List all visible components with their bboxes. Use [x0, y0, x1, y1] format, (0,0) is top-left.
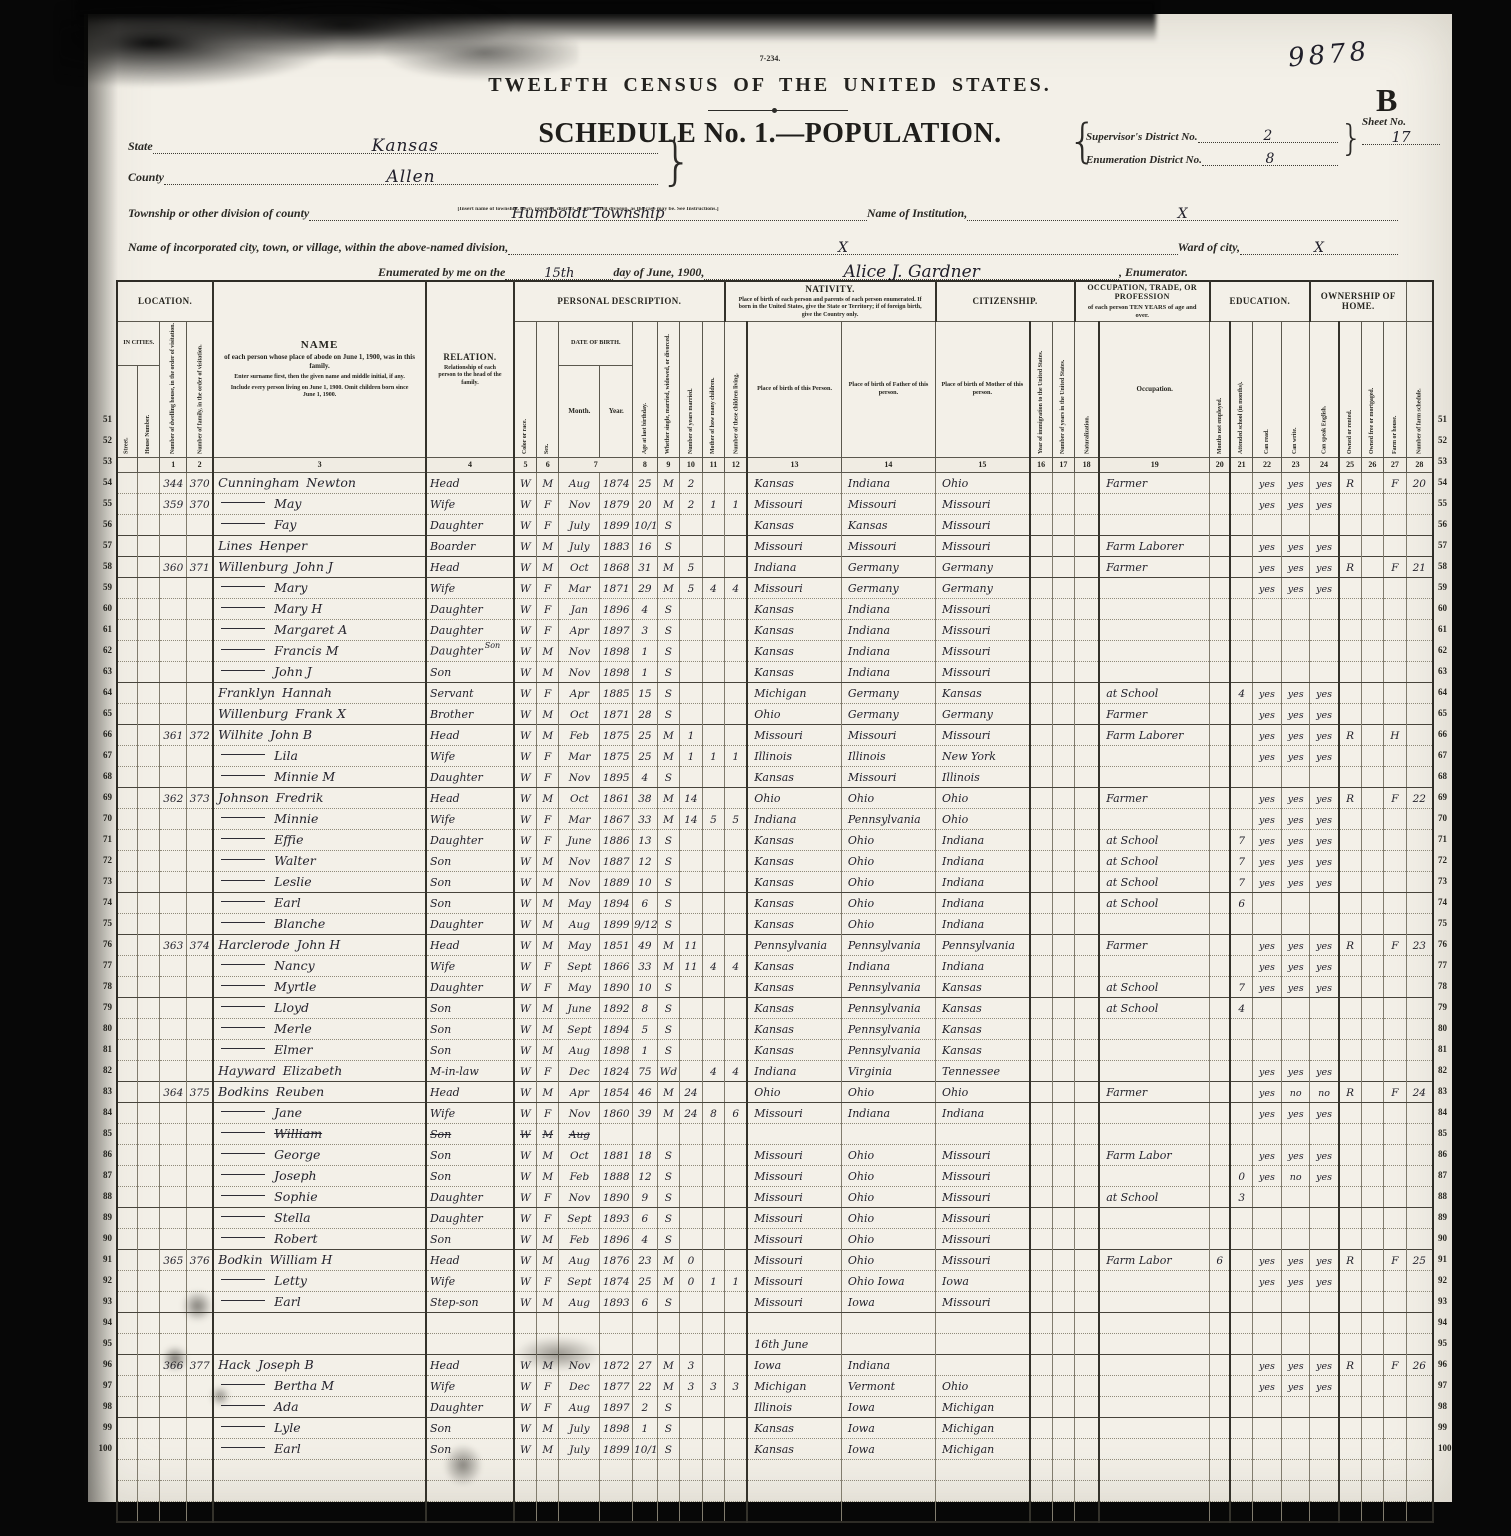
attended-school-months: [1230, 1438, 1253, 1459]
marital-status: M: [657, 493, 680, 514]
birth-year: 1879: [600, 493, 633, 514]
ditto-dash: [221, 1132, 265, 1133]
census-row-71: EarlSonWMMay18946SKansasOhioIndianaat Sc…: [117, 892, 1433, 913]
birthplace-father: Pennsylvania: [841, 1039, 935, 1060]
owned-free-or-mortgaged: [1361, 703, 1384, 724]
dwelling-number: [160, 514, 187, 535]
naturalization: [1075, 703, 1100, 724]
birthplace-mother: Michigan: [936, 1417, 1030, 1438]
street: [117, 1144, 137, 1165]
colnum-15: 15: [936, 457, 1030, 472]
person-name: Francis M: [213, 640, 426, 661]
birth-year: 1885: [600, 682, 633, 703]
family-number: [187, 1228, 214, 1249]
naturalization: [1075, 514, 1100, 535]
can-write: yes: [1281, 724, 1310, 745]
months-not-employed: [1210, 1375, 1230, 1396]
sex: M: [536, 1249, 559, 1270]
sex: [536, 1312, 559, 1333]
children-living: [725, 556, 748, 577]
marital-status: S: [657, 1018, 680, 1039]
can-speak-english: [1310, 1312, 1339, 1333]
attended-school-months: [1230, 1270, 1253, 1291]
owned-or-rented: [1339, 1165, 1362, 1186]
immigration-year: [1030, 808, 1053, 829]
dwelling-number: 366: [160, 1354, 187, 1375]
immigration-year: [1030, 1081, 1053, 1102]
birth-year: 1895: [600, 766, 633, 787]
birthplace-mother: Illinois: [936, 766, 1030, 787]
occupation-desc: of each person TEN YEARS of age and over…: [1076, 301, 1209, 320]
dwelling-number: [160, 1102, 187, 1123]
children-living: [725, 619, 748, 640]
occupation-title: OCCUPATION, TRADE, OR PROFESSION: [1076, 283, 1209, 301]
line-number: 75: [1438, 913, 1458, 934]
attended-school-months: [1230, 808, 1253, 829]
attended-school-months: 7: [1230, 829, 1253, 850]
sex: F: [536, 1060, 559, 1081]
immigration-year: [1030, 493, 1053, 514]
birthplace-father: Kansas: [841, 514, 935, 535]
form-code: 7-234.: [88, 54, 1452, 63]
years-married: 3: [680, 1354, 703, 1375]
months-not-employed: [1210, 976, 1230, 997]
line-number: 88: [92, 1186, 112, 1207]
street: [117, 1459, 137, 1480]
street: [117, 745, 137, 766]
color-race: W: [514, 1102, 537, 1123]
family-number: [187, 1102, 214, 1123]
owned-free-or-mortgaged: [1361, 913, 1384, 934]
relation-to-head: Son: [426, 1144, 514, 1165]
birth-month: Mar: [559, 577, 600, 598]
years-married: [680, 1438, 703, 1459]
can-write: [1281, 1459, 1310, 1480]
can-speak-english: no: [1310, 1081, 1339, 1102]
can-write: [1281, 1186, 1310, 1207]
attended-school-months: [1230, 1081, 1253, 1102]
relation-to-head: Son: [426, 1123, 514, 1144]
census-row-85: SophieDaughterWFNov18909SMissouriOhioMis…: [117, 1186, 1433, 1207]
immigration-year: [1030, 1396, 1053, 1417]
dwelling-number: [160, 1396, 187, 1417]
can-read: yes: [1253, 745, 1282, 766]
immigration-year: [1030, 934, 1053, 955]
line-number: 53: [1438, 451, 1458, 472]
birth-month: [559, 1501, 600, 1522]
line-number: 69: [1438, 787, 1458, 808]
family-number: [187, 871, 214, 892]
can-write: [1281, 1039, 1310, 1060]
farm-schedule-number: [1406, 493, 1433, 514]
owned-free-or-mortgaged: [1361, 619, 1384, 640]
immigration-year: [1030, 829, 1053, 850]
sex: F: [536, 1186, 559, 1207]
birthplace-mother: Ohio: [936, 1081, 1030, 1102]
years-married: [680, 1018, 703, 1039]
owned-free-or-mortgaged: [1361, 556, 1384, 577]
color-race: [514, 1480, 537, 1501]
col-years-married-label: Number of years married.: [680, 321, 703, 457]
street: [117, 1039, 137, 1060]
relation-to-head: Head: [426, 556, 514, 577]
relation-to-head: Daughter: [426, 829, 514, 850]
months-not-employed: [1210, 640, 1230, 661]
line-number: 54: [92, 472, 112, 493]
farm-or-house: [1384, 535, 1407, 556]
col-occupation-label: Occupation.: [1099, 321, 1210, 457]
line-number: 77: [1438, 955, 1458, 976]
months-not-employed: [1210, 598, 1230, 619]
dwelling-number: [160, 1312, 187, 1333]
census-row-94: Bertha MWifeWFDec187722M333MichiganVermo…: [117, 1375, 1433, 1396]
occupation: Farm Labor: [1099, 1249, 1210, 1270]
children-living: 4: [725, 577, 748, 598]
mother-of-children: [702, 661, 725, 682]
color-race: W: [514, 1417, 537, 1438]
naturalization: [1075, 1018, 1100, 1039]
line-number: 80: [92, 1018, 112, 1039]
birth-month: Sept: [559, 1018, 600, 1039]
col-marital-label: Whether single, married, widowed, or div…: [657, 321, 680, 457]
family-number: [187, 808, 214, 829]
age: 27: [633, 1354, 658, 1375]
farm-or-house: [1384, 598, 1407, 619]
years-in-us: [1052, 703, 1075, 724]
birthplace-father: Germany: [841, 556, 935, 577]
owned-free-or-mortgaged: [1361, 1375, 1384, 1396]
birth-month: Oct: [559, 703, 600, 724]
sex: F: [536, 577, 559, 598]
immigration-year: [1030, 682, 1053, 703]
birth-month: Nov: [559, 871, 600, 892]
occupation: at School: [1099, 871, 1210, 892]
years-in-us: [1052, 577, 1075, 598]
sheet-block: Sheet No. 17: [1362, 116, 1440, 145]
farm-or-house: [1384, 682, 1407, 703]
attended-school-months: [1230, 703, 1253, 724]
owned-free-or-mortgaged: [1361, 1102, 1384, 1123]
can-read: yes: [1253, 703, 1282, 724]
years-married: 11: [680, 934, 703, 955]
can-write: yes: [1281, 745, 1310, 766]
census-row-72: BlancheDaughterWMAug18999/12SKansasOhioI…: [117, 913, 1433, 934]
years-in-us: [1052, 661, 1075, 682]
years-in-us: [1052, 556, 1075, 577]
occupation: [1099, 808, 1210, 829]
colnum-18: 18: [1075, 457, 1100, 472]
age: 1: [633, 1417, 658, 1438]
colnum-21: 21: [1230, 457, 1253, 472]
line-number: 70: [92, 808, 112, 829]
farm-or-house: [1384, 871, 1407, 892]
birthplace-person: Missouri: [747, 1102, 841, 1123]
immigration-year: [1030, 1039, 1053, 1060]
birth-month: Oct: [559, 1144, 600, 1165]
person-name: Mary H: [213, 598, 426, 619]
owned-or-rented: [1339, 1396, 1362, 1417]
dwelling-number: [160, 1228, 187, 1249]
farm-schedule-number: 26: [1406, 1354, 1433, 1375]
farm-schedule-number: [1406, 619, 1433, 640]
dwelling-number: [160, 829, 187, 850]
street: [117, 682, 137, 703]
naturalization: [1075, 556, 1100, 577]
can-read: yes: [1253, 808, 1282, 829]
marital-status: M: [657, 556, 680, 577]
years-in-us: [1052, 1207, 1075, 1228]
group-name: NAME of each person whose place of abode…: [213, 281, 426, 457]
farm-schedule-number: [1406, 745, 1433, 766]
can-read: yes: [1253, 724, 1282, 745]
years-married: [680, 1228, 703, 1249]
family-number: [187, 703, 214, 724]
age: 10: [633, 871, 658, 892]
farm-or-house: [1384, 892, 1407, 913]
ditto-dash: [221, 838, 265, 839]
immigration-year: [1030, 514, 1053, 535]
can-read: yes: [1253, 1270, 1282, 1291]
line-number: 95: [92, 1333, 112, 1354]
naturalization: [1075, 745, 1100, 766]
farm-schedule-number: 22: [1406, 787, 1433, 808]
mother-of-children: 1: [702, 493, 725, 514]
farm-schedule-number: [1406, 766, 1433, 787]
owned-or-rented: [1339, 1480, 1362, 1501]
can-speak-english: [1310, 1396, 1339, 1417]
can-write: yes: [1281, 493, 1310, 514]
can-speak-english: yes: [1310, 808, 1339, 829]
colnum-8: 8: [633, 457, 658, 472]
occupation: at School: [1099, 829, 1210, 850]
person-name: WillenburgJohn J: [213, 556, 426, 577]
years-in-us: [1052, 1228, 1075, 1249]
birthplace-person: Iowa: [747, 1354, 841, 1375]
years-married: [680, 514, 703, 535]
owned-or-rented: [1339, 892, 1362, 913]
state-value: Kansas: [372, 136, 439, 156]
occupation: Farm Labor: [1099, 1144, 1210, 1165]
street: [117, 934, 137, 955]
ditto-dash: [221, 1195, 265, 1196]
birth-year: 1883: [600, 535, 633, 556]
occupation: at School: [1099, 997, 1210, 1018]
enumerated-day-field: 15th: [505, 263, 613, 280]
naturalization: [1075, 1417, 1100, 1438]
person-name: May: [213, 493, 426, 514]
can-write: [1281, 766, 1310, 787]
owned-free-or-mortgaged: [1361, 955, 1384, 976]
line-number: 72: [92, 850, 112, 871]
person-name: BodkinsReuben: [213, 1081, 426, 1102]
occupation: [1099, 1354, 1210, 1375]
birthplace-person: Missouri: [747, 1186, 841, 1207]
naturalization: [1075, 1123, 1100, 1144]
birthplace-father: Missouri: [841, 535, 935, 556]
col-age-label: Age at last birthday.: [633, 321, 658, 457]
house-number: [137, 1207, 160, 1228]
owned-or-rented: R: [1339, 1081, 1362, 1102]
sex: M: [536, 1228, 559, 1249]
dwelling-number: 344: [160, 472, 187, 493]
immigration-year: [1030, 1312, 1053, 1333]
immigration-year: [1030, 1480, 1053, 1501]
birthplace-mother: Missouri: [936, 1228, 1030, 1249]
birthplace-person: Missouri: [747, 1165, 841, 1186]
farm-or-house: [1384, 1480, 1407, 1501]
col-dwelling-label: Number of dwelling house, in the order o…: [160, 321, 187, 457]
can-write: yes: [1281, 556, 1310, 577]
marital-status: M: [657, 1375, 680, 1396]
years-married: [680, 766, 703, 787]
farm-schedule-number: [1406, 1396, 1433, 1417]
owned-free-or-mortgaged: [1361, 1207, 1384, 1228]
years-married: 0: [680, 1270, 703, 1291]
years-in-us: [1052, 766, 1075, 787]
years-married: [680, 535, 703, 556]
birthplace-mother: Missouri: [936, 619, 1030, 640]
line-number: 64: [92, 682, 112, 703]
can-write: [1281, 1123, 1310, 1144]
occupation: [1099, 1039, 1210, 1060]
dwelling-number: 360: [160, 556, 187, 577]
months-not-employed: [1210, 619, 1230, 640]
immigration-year: [1030, 1249, 1053, 1270]
line-number: 86: [92, 1144, 112, 1165]
enumeration-district-field: 8: [1202, 149, 1338, 166]
can-write: yes: [1281, 1375, 1310, 1396]
color-race: W: [514, 1207, 537, 1228]
relation-to-head: [426, 1333, 514, 1354]
age: 39: [633, 1102, 658, 1123]
birth-year: 1874: [600, 1270, 633, 1291]
farm-schedule-number: [1406, 1438, 1433, 1459]
birth-year: 1894: [600, 892, 633, 913]
dwelling-number: [160, 1501, 187, 1522]
farm-schedule-number: [1406, 1417, 1433, 1438]
years-in-us: [1052, 514, 1075, 535]
person-name: [213, 1501, 426, 1522]
census-row-60: John JSonWMNov18981SKansasIndianaMissour…: [117, 661, 1433, 682]
supervisor-district-label: Supervisor's District No.: [1086, 131, 1198, 143]
age: 33: [633, 955, 658, 976]
color-race: W: [514, 1123, 537, 1144]
children-living: [725, 598, 748, 619]
naturalization: [1075, 1186, 1100, 1207]
sex: M: [536, 892, 559, 913]
can-speak-english: [1310, 1438, 1339, 1459]
can-write: yes: [1281, 472, 1310, 493]
years-married: [680, 1312, 703, 1333]
age: 49: [633, 934, 658, 955]
naturalization: [1075, 1144, 1100, 1165]
house-number: [137, 514, 160, 535]
ditto-dash: [221, 1426, 265, 1427]
farm-or-house: [1384, 1501, 1407, 1522]
attended-school-months: 7: [1230, 871, 1253, 892]
family-number: [187, 661, 214, 682]
can-write: [1281, 1207, 1310, 1228]
relation-to-head: Head: [426, 934, 514, 955]
can-read: yes: [1253, 787, 1282, 808]
house-number: [137, 808, 160, 829]
age: 1: [633, 1039, 658, 1060]
age: 12: [633, 850, 658, 871]
house-number: [137, 1228, 160, 1249]
birthplace-person: Kansas: [747, 955, 841, 976]
line-number: 70: [1438, 808, 1458, 829]
immigration-year: [1030, 871, 1053, 892]
years-in-us: [1052, 1018, 1075, 1039]
age: 25: [633, 472, 658, 493]
birthplace-mother: Michigan: [936, 1438, 1030, 1459]
dwelling-number: [160, 850, 187, 871]
years-in-us: [1052, 1396, 1075, 1417]
house-number: [137, 1312, 160, 1333]
birthplace-mother: Ohio: [936, 1375, 1030, 1396]
col-children-living-label: Number of these children living.: [725, 321, 748, 457]
relation-to-head: Daughter: [426, 514, 514, 535]
birthplace-person: [747, 1459, 841, 1480]
attended-school-months: [1230, 1060, 1253, 1081]
birth-month: June: [559, 829, 600, 850]
name-desc-3: Include every person living on June 1, 1…: [214, 382, 425, 400]
naturalization: [1075, 1501, 1100, 1522]
dwelling-number: [160, 892, 187, 913]
dwelling-number: 362: [160, 787, 187, 808]
immigration-year: [1030, 997, 1053, 1018]
col-owned-free-label: Owned free or mortgaged.: [1361, 321, 1384, 457]
census-row-59: Francis MDaughterSonWMNov18981SKansasInd…: [117, 640, 1433, 661]
person-name: Mary: [213, 577, 426, 598]
owned-or-rented: [1339, 829, 1362, 850]
birthplace-mother: Indiana: [936, 850, 1030, 871]
can-speak-english: yes: [1310, 1144, 1339, 1165]
line-number: 90: [1438, 1228, 1458, 1249]
children-living: [725, 724, 748, 745]
birth-month: July: [559, 1417, 600, 1438]
naturalization: [1075, 598, 1100, 619]
birth-year: 1893: [600, 1291, 633, 1312]
left-line-numbers: 5152535455565758596061626364656667686970…: [92, 409, 112, 1459]
children-living: [725, 514, 748, 535]
can-write: yes: [1281, 1270, 1310, 1291]
owned-free-or-mortgaged: [1361, 1333, 1384, 1354]
birthplace-person: Missouri: [747, 1207, 841, 1228]
marital-status: S: [657, 1207, 680, 1228]
population-schedule-table: LOCATION. NAME of each person whose plac…: [116, 280, 1434, 1523]
person-name: Lloyd: [213, 997, 426, 1018]
relation-to-head: Son: [426, 850, 514, 871]
birthplace-mother: Missouri: [936, 493, 1030, 514]
birthplace-person: Kansas: [747, 514, 841, 535]
owned-free-or-mortgaged: [1361, 1354, 1384, 1375]
naturalization: [1075, 661, 1100, 682]
owned-free-or-mortgaged: [1361, 1039, 1384, 1060]
birth-year: 1877: [600, 1375, 633, 1396]
birthplace-father: Ohio: [841, 1249, 935, 1270]
owned-free-or-mortgaged: [1361, 808, 1384, 829]
color-race: W: [514, 850, 537, 871]
naturalization: [1075, 1291, 1100, 1312]
house-number: [137, 1018, 160, 1039]
street: [117, 1501, 137, 1522]
immigration-year: [1030, 1060, 1053, 1081]
years-married: [680, 913, 703, 934]
mother-of-children: [702, 1480, 725, 1501]
attended-school-months: [1230, 535, 1253, 556]
street: [117, 703, 137, 724]
